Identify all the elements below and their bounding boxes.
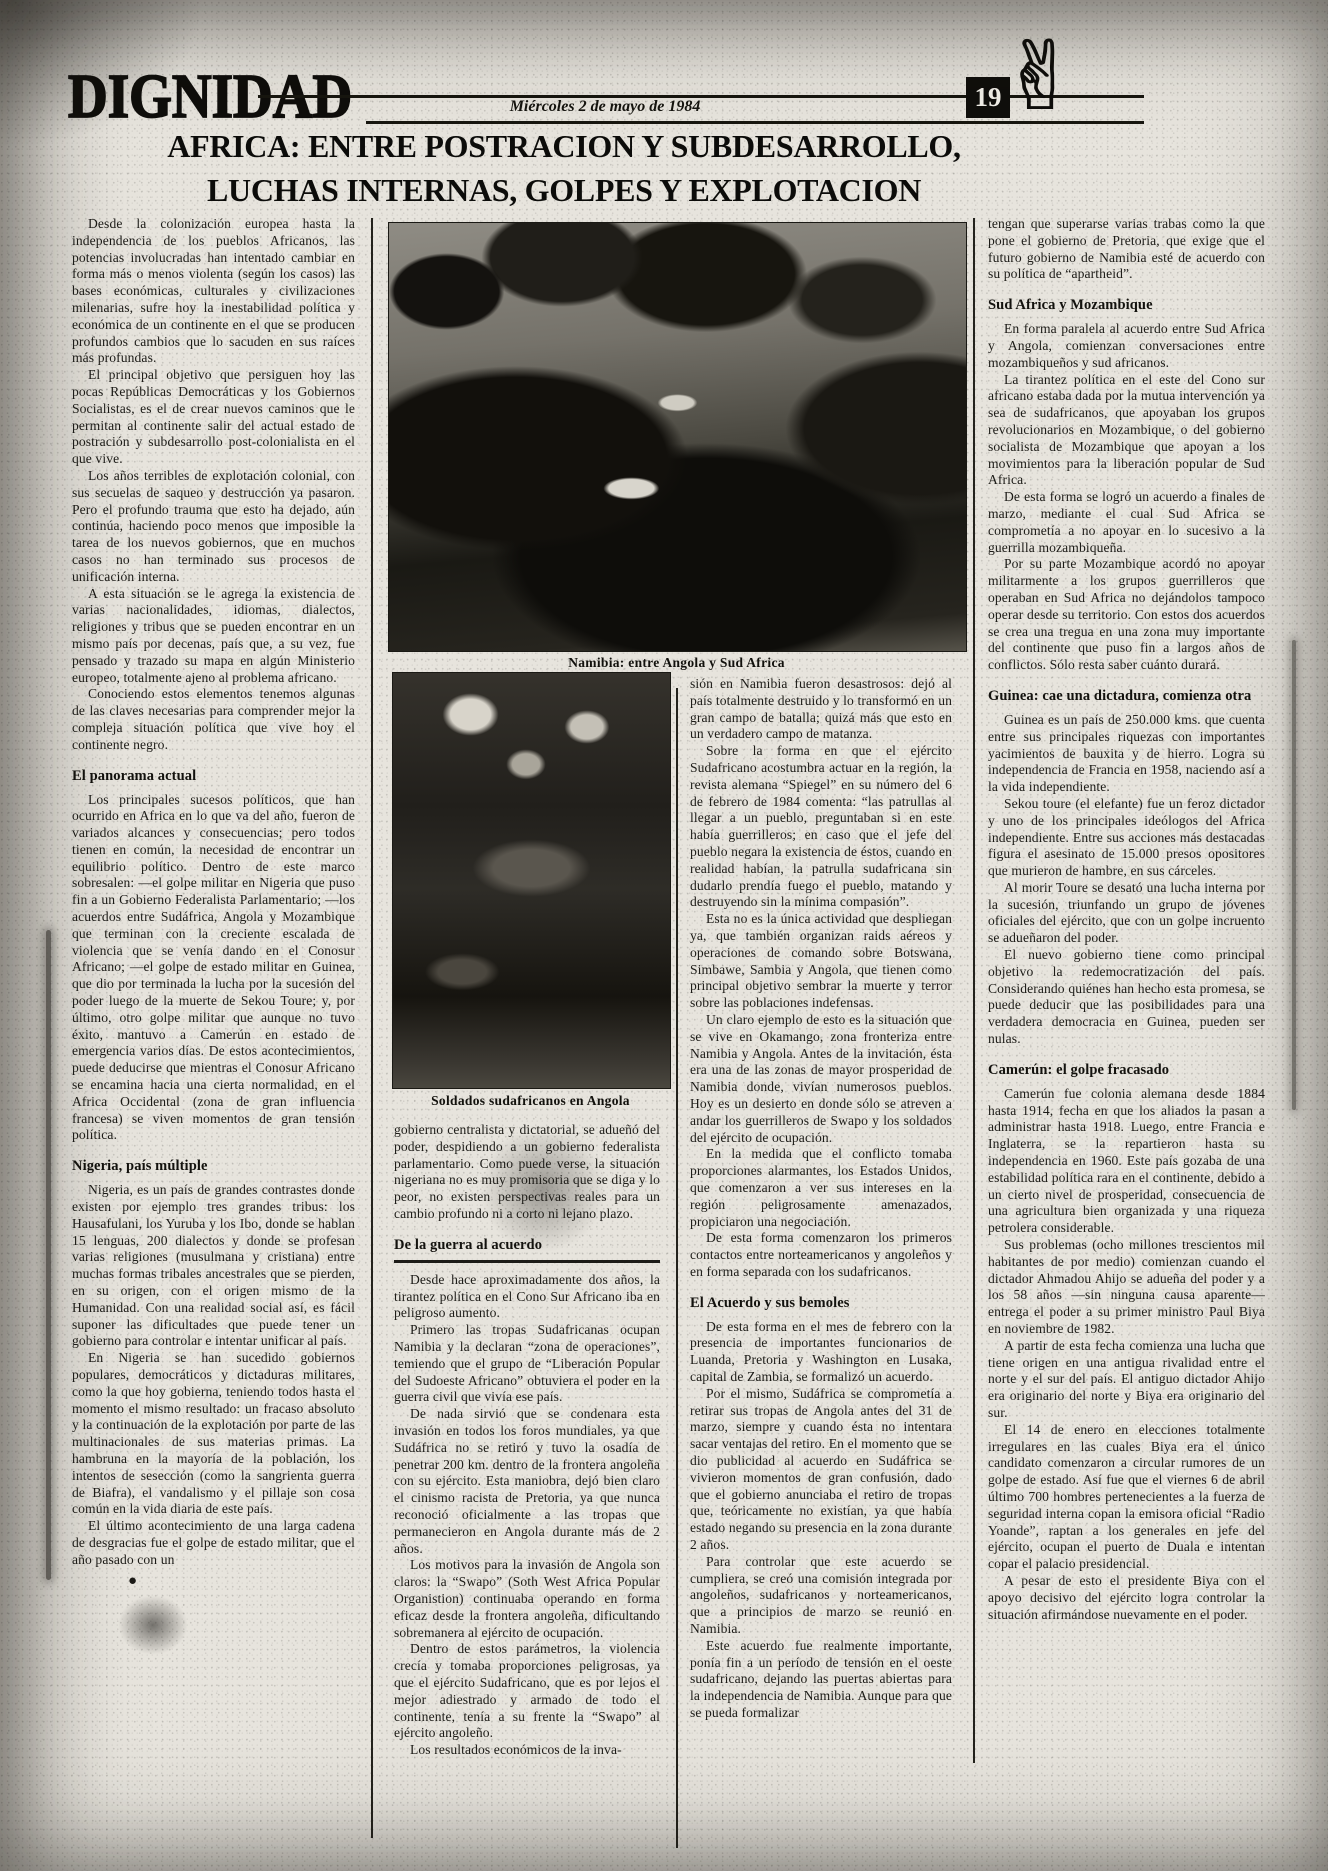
issue-date: Miércoles 2 de mayo de 1984: [460, 98, 750, 116]
body-paragraph: Guinea es un país de 250.000 kms. que cu…: [988, 712, 1265, 796]
ink-smudge: [118, 1595, 188, 1655]
text-column-3: sión en Namibia fueron desastrosos: dejó…: [690, 676, 952, 1722]
body-paragraph: Sobre la forma en que el ejército Sudafr…: [690, 743, 952, 911]
body-paragraph: El nuevo gobierno tiene como principal o…: [988, 947, 1265, 1048]
headline: AFRICA: ENTRE POSTRACION Y SUBDESARROLLO…: [108, 124, 1020, 212]
body-paragraph: De nada sirvió que se condenara esta inv…: [394, 1406, 660, 1557]
body-paragraph: En la medida que el conflicto tomaba pro…: [690, 1146, 952, 1230]
section-heading: Nigeria, país múltiple: [72, 1157, 355, 1175]
body-paragraph: Los motivos para la invasión de Angola s…: [394, 1557, 660, 1641]
body-paragraph: Dentro de estos parámetros, la violencia…: [394, 1641, 660, 1742]
body-paragraph: A partir de esta fecha comienza una luch…: [988, 1338, 1265, 1422]
headline-line-2: LUCHAS INTERNAS, GOLPES Y EXPLOTACION: [108, 168, 1020, 212]
scan-streak: [1292, 640, 1296, 1110]
body-paragraph: De esta forma se logró un acuerdo a fina…: [988, 489, 1265, 556]
body-paragraph: A esta situación se le agrega la existen…: [72, 586, 355, 687]
body-paragraph: Sus problemas (ocho millones trescientos…: [988, 1237, 1265, 1338]
photo-namibia-border: [388, 222, 967, 652]
victory-hand-icon: ✌: [1000, 30, 1080, 125]
section-heading: Guinea: cae una dictadura, comienza otra: [988, 687, 1265, 705]
photo-soldiers-angola: [392, 672, 671, 1089]
newspaper-page: DIGNIDAD Miércoles 2 de mayo de 1984 19 …: [0, 0, 1328, 1871]
body-paragraph: El último acontecimiento de una larga ca…: [72, 1518, 355, 1568]
body-paragraph: sión en Namibia fueron desastrosos: dejó…: [690, 676, 952, 743]
body-paragraph: De esta forma en el mes de febrero con l…: [690, 1319, 952, 1386]
body-paragraph: Desde la colonización europea hasta la i…: [72, 216, 355, 367]
text-column-1: Desde la colonización europea hasta la i…: [72, 216, 355, 1589]
text-column-2: gobierno centralista y dictatorial, se a…: [394, 1122, 660, 1759]
body-paragraph: La tirantez política en el este del Cono…: [988, 372, 1265, 490]
scan-streak: [46, 930, 51, 1580]
body-paragraph: Desde hace aproximadamente dos años, la …: [394, 1272, 660, 1322]
body-paragraph: Primero las tropas Sudafricanas ocupan N…: [394, 1322, 660, 1406]
body-paragraph: Nigeria, es un país de grandes contraste…: [72, 1182, 355, 1350]
body-paragraph: Esta no es la única actividad que despli…: [690, 911, 952, 1012]
body-paragraph: Camerún fue colonia alemana desde 1884 h…: [988, 1086, 1265, 1237]
article-end-mark: ●: [72, 1573, 355, 1590]
body-paragraph: Sekou toure (el elefante) fue un feroz d…: [988, 796, 1265, 880]
body-paragraph: El 14 de enero en elecciones totalmente …: [988, 1422, 1265, 1573]
body-paragraph: Los principales sucesos políticos, que h…: [72, 792, 355, 1145]
body-paragraph: Los resultados económicos de la inva-: [394, 1742, 660, 1759]
body-paragraph: Un claro ejemplo de esto es la situación…: [690, 1012, 952, 1146]
body-paragraph: Conociendo estos elementos tenemos algun…: [72, 686, 355, 753]
section-heading: De la guerra al acuerdo: [394, 1236, 660, 1263]
section-heading: El Acuerdo y sus bemoles: [690, 1294, 952, 1312]
body-paragraph: A pesar de esto el presidente Biya con e…: [988, 1573, 1265, 1623]
section-heading: Sud Africa y Mozambique: [988, 296, 1265, 314]
column-rule: [676, 688, 678, 1848]
body-paragraph: Por el mismo, Sudáfrica se comprometía a…: [690, 1386, 952, 1554]
body-paragraph: En Nigeria se han sucedido gobiernos pop…: [72, 1350, 355, 1518]
column-rule: [371, 218, 373, 1838]
text-column-4: tengan que superarse varias trabas como …: [988, 216, 1265, 1623]
body-paragraph: El principal objetivo que persiguen hoy …: [72, 367, 355, 468]
headline-line-1: AFRICA: ENTRE POSTRACION Y SUBDESARROLLO…: [108, 124, 1020, 168]
body-paragraph: Los años terribles de explotación coloni…: [72, 468, 355, 586]
body-paragraph: Para controlar que este acuerdo se cumpl…: [690, 1554, 952, 1638]
photo-caption: Namibia: entre Angola y Sud Africa: [388, 655, 965, 671]
body-paragraph: De esta forma comenzaron los primeros co…: [690, 1230, 952, 1280]
body-paragraph: Este acuerdo fue realmente importante, p…: [690, 1638, 952, 1722]
body-paragraph: tengan que superarse varias trabas como …: [988, 216, 1265, 283]
body-paragraph: En forma paralela al acuerdo entre Sud A…: [988, 321, 1265, 371]
section-heading: El panorama actual: [72, 767, 355, 785]
column-rule: [973, 218, 975, 1763]
section-heading: Camerún: el golpe fracasado: [988, 1061, 1265, 1079]
body-paragraph: Por su parte Mozambique acordó no apoyar…: [988, 556, 1265, 674]
photo-caption: Soldados sudafricanos en Angola: [392, 1093, 669, 1109]
body-paragraph: gobierno centralista y dictatorial, se a…: [394, 1122, 660, 1223]
body-paragraph: Al morir Toure se desató una lucha inter…: [988, 880, 1265, 947]
